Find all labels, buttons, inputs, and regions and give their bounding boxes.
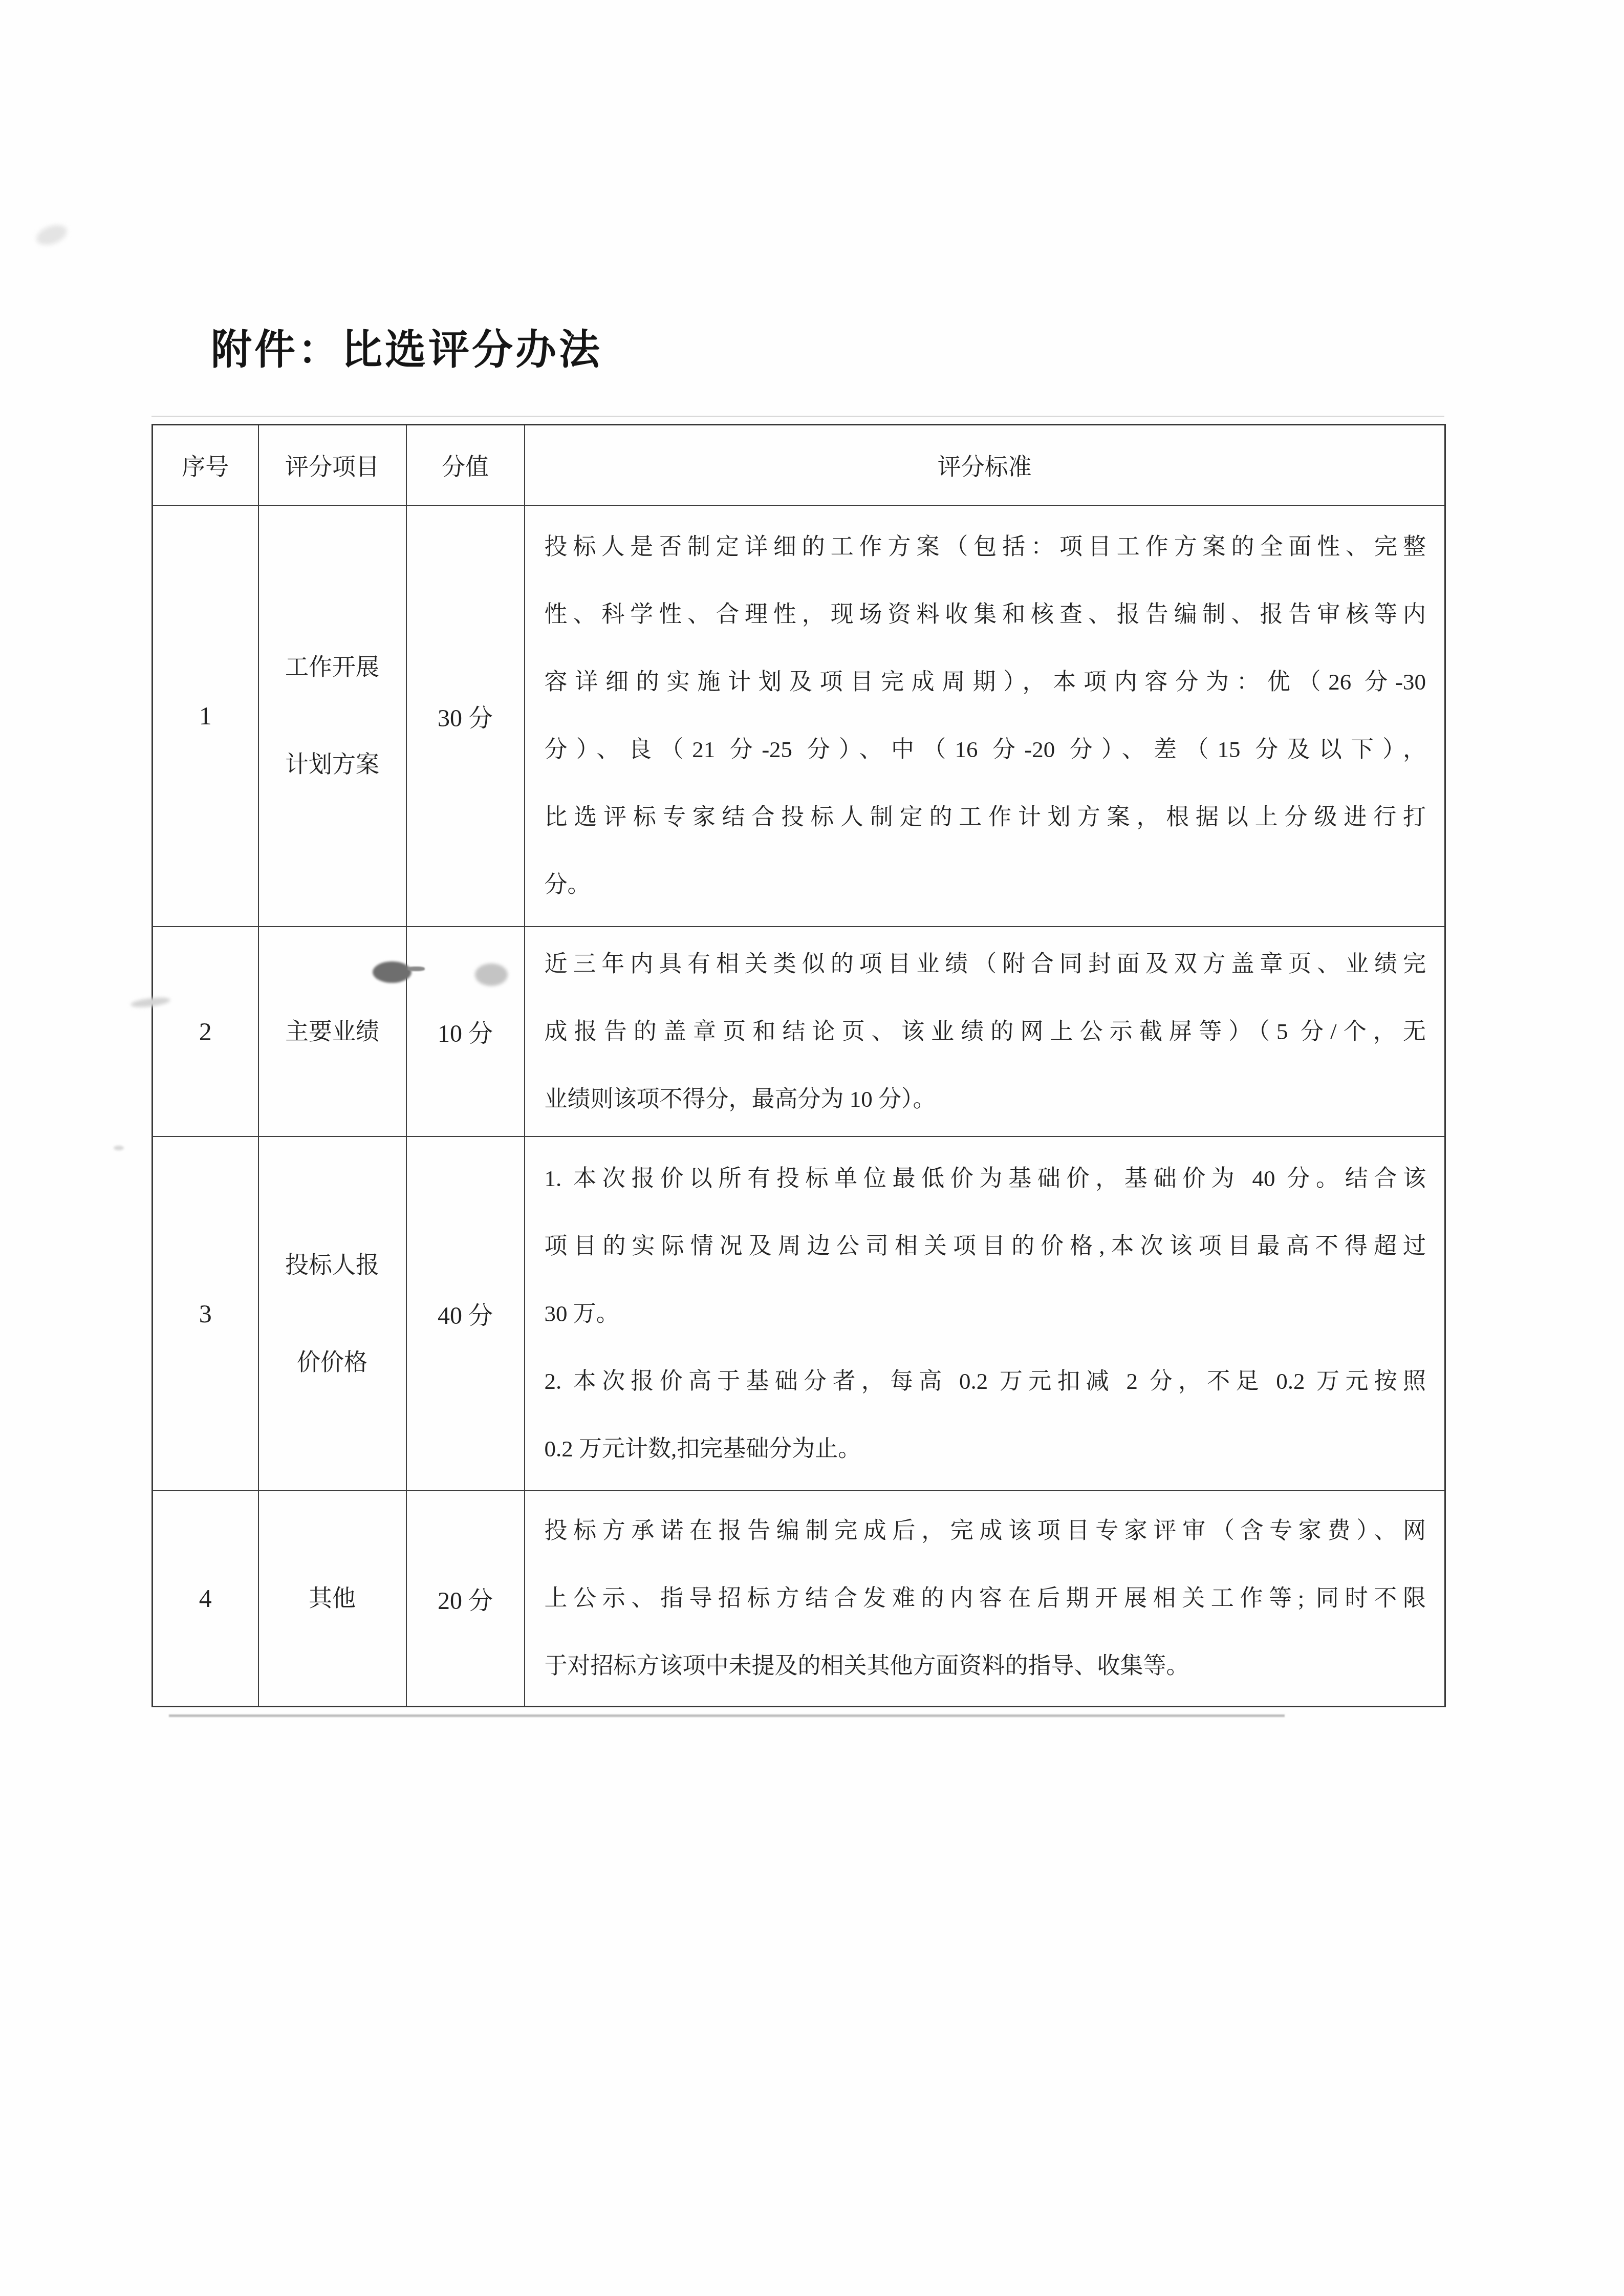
criteria-line: 项目的实际情况及周边公司相关项目的价格,本次该项目最高不得超过 [545, 1212, 1426, 1280]
item-cell: 工作开展 计划方案 [258, 505, 406, 927]
table-row: 4其他20 分投标方承诺在报告编制完成后，完成该项目专家评审（含专家费）、网上公… [153, 1491, 1445, 1707]
ink-smudge [373, 961, 412, 983]
scan-artifact-line [151, 416, 1444, 417]
criteria-line: 30 万。 [545, 1280, 1426, 1347]
criteria-cell: 投标人是否制定详细的工作方案（包括：项目工作方案的全面性、完整性、科学性、合理性… [525, 505, 1445, 927]
col-header-item: 评分项目 [258, 425, 406, 505]
scan-smudge [34, 221, 70, 248]
criteria-line: 0.2 万元计数,扣完基础分为止。 [545, 1415, 1426, 1483]
criteria-line: 投标方承诺在报告编制完成后，完成该项目专家评审（含专家费）、网 [545, 1497, 1426, 1564]
item-cell: 其他 [258, 1491, 406, 1707]
ink-smudge [475, 963, 508, 986]
col-header-score: 分值 [406, 425, 525, 505]
criteria-cell: 近三年内具有相关类似的项目业绩（附合同封面及双方盖章页、业绩完成报告的盖章页和结… [525, 927, 1445, 1136]
score-cell: 40 分 [406, 1136, 525, 1491]
criteria-line: 容详细的实施计划及项目完成周期），本项内容分为：优（26 分-30 [545, 648, 1426, 716]
criteria-line: 上公示、指导招标方结合发难的内容在后期开展相关工作等; 同时不限 [545, 1564, 1426, 1632]
criteria-line: 性、科学性、合理性，现场资料收集和核查、报告编制、报告审核等内 [545, 581, 1426, 648]
score-cell: 30 分 [406, 505, 525, 927]
criteria-line: 投标人是否制定详细的工作方案（包括：项目工作方案的全面性、完整 [545, 513, 1426, 581]
criteria-line: 业绩则该项不得分，最高分为 10 分）。 [545, 1065, 1426, 1133]
table-row: 2主要业绩10 分近三年内具有相关类似的项目业绩（附合同封面及双方盖章页、业绩完… [153, 927, 1445, 1136]
table-row: 1工作开展 计划方案30 分投标人是否制定详细的工作方案（包括：项目工作方案的全… [153, 505, 1445, 927]
table-header-row: 序号 评分项目 分值 评分标准 [153, 425, 1445, 505]
ink-smudge [407, 967, 425, 971]
criteria-line: 比选评标专家结合投标人制定的工作计划方案，根据以上分级进行打 [545, 783, 1426, 851]
criteria-line: 2. 本次报价高于基础分者，每高 0.2 万元扣减 2 分，不足 0.2 万元按… [545, 1347, 1426, 1415]
item-cell: 投标人报 价价格 [258, 1136, 406, 1491]
row-number-cell: 2 [153, 927, 258, 1136]
criteria-line: 1. 本次报价以所有投标单位最低价为基础价，基础价为 40 分。结合该 [545, 1145, 1426, 1212]
item-cell: 主要业绩 [258, 927, 406, 1136]
criteria-line: 分）、良（21 分-25 分）、中（16 分-20 分）、差（15 分及以下）， [545, 716, 1426, 783]
criteria-line: 分。 [545, 851, 1426, 918]
row-number-cell: 4 [153, 1491, 258, 1707]
scan-artifact-line [169, 1714, 1285, 1717]
criteria-cell: 投标方承诺在报告编制完成后，完成该项目专家评审（含专家费）、网上公示、指导招标方… [525, 1491, 1445, 1707]
scoring-table: 序号 评分项目 分值 评分标准 1工作开展 计划方案30 分投标人是否制定详细的… [151, 424, 1446, 1707]
document-page: 附件：比选评分办法 序号 评分项目 分值 评分标准 1工作开展 计划方案30 分… [0, 0, 1624, 2296]
row-number-cell: 3 [153, 1136, 258, 1491]
criteria-line: 于对招标方该项中未提及的相关其他方面资料的指导、收集等。 [545, 1632, 1426, 1700]
criteria-cell: 1. 本次报价以所有投标单位最低价为基础价，基础价为 40 分。结合该项目的实际… [525, 1136, 1445, 1491]
scan-smudge [114, 1146, 124, 1150]
criteria-line: 成报告的盖章页和结论页、该业绩的网上公示截屏等）（5 分/个，无 [545, 998, 1426, 1065]
page-title: 附件：比选评分办法 [211, 316, 602, 375]
col-header-no: 序号 [153, 425, 258, 505]
score-cell: 10 分 [406, 927, 525, 1136]
score-cell: 20 分 [406, 1491, 525, 1707]
row-number-cell: 1 [153, 505, 258, 927]
table-row: 3投标人报 价价格40 分1. 本次报价以所有投标单位最低价为基础价，基础价为 … [153, 1136, 1445, 1491]
criteria-line: 近三年内具有相关类似的项目业绩（附合同封面及双方盖章页、业绩完 [545, 930, 1426, 998]
col-header-criteria: 评分标准 [525, 425, 1445, 505]
